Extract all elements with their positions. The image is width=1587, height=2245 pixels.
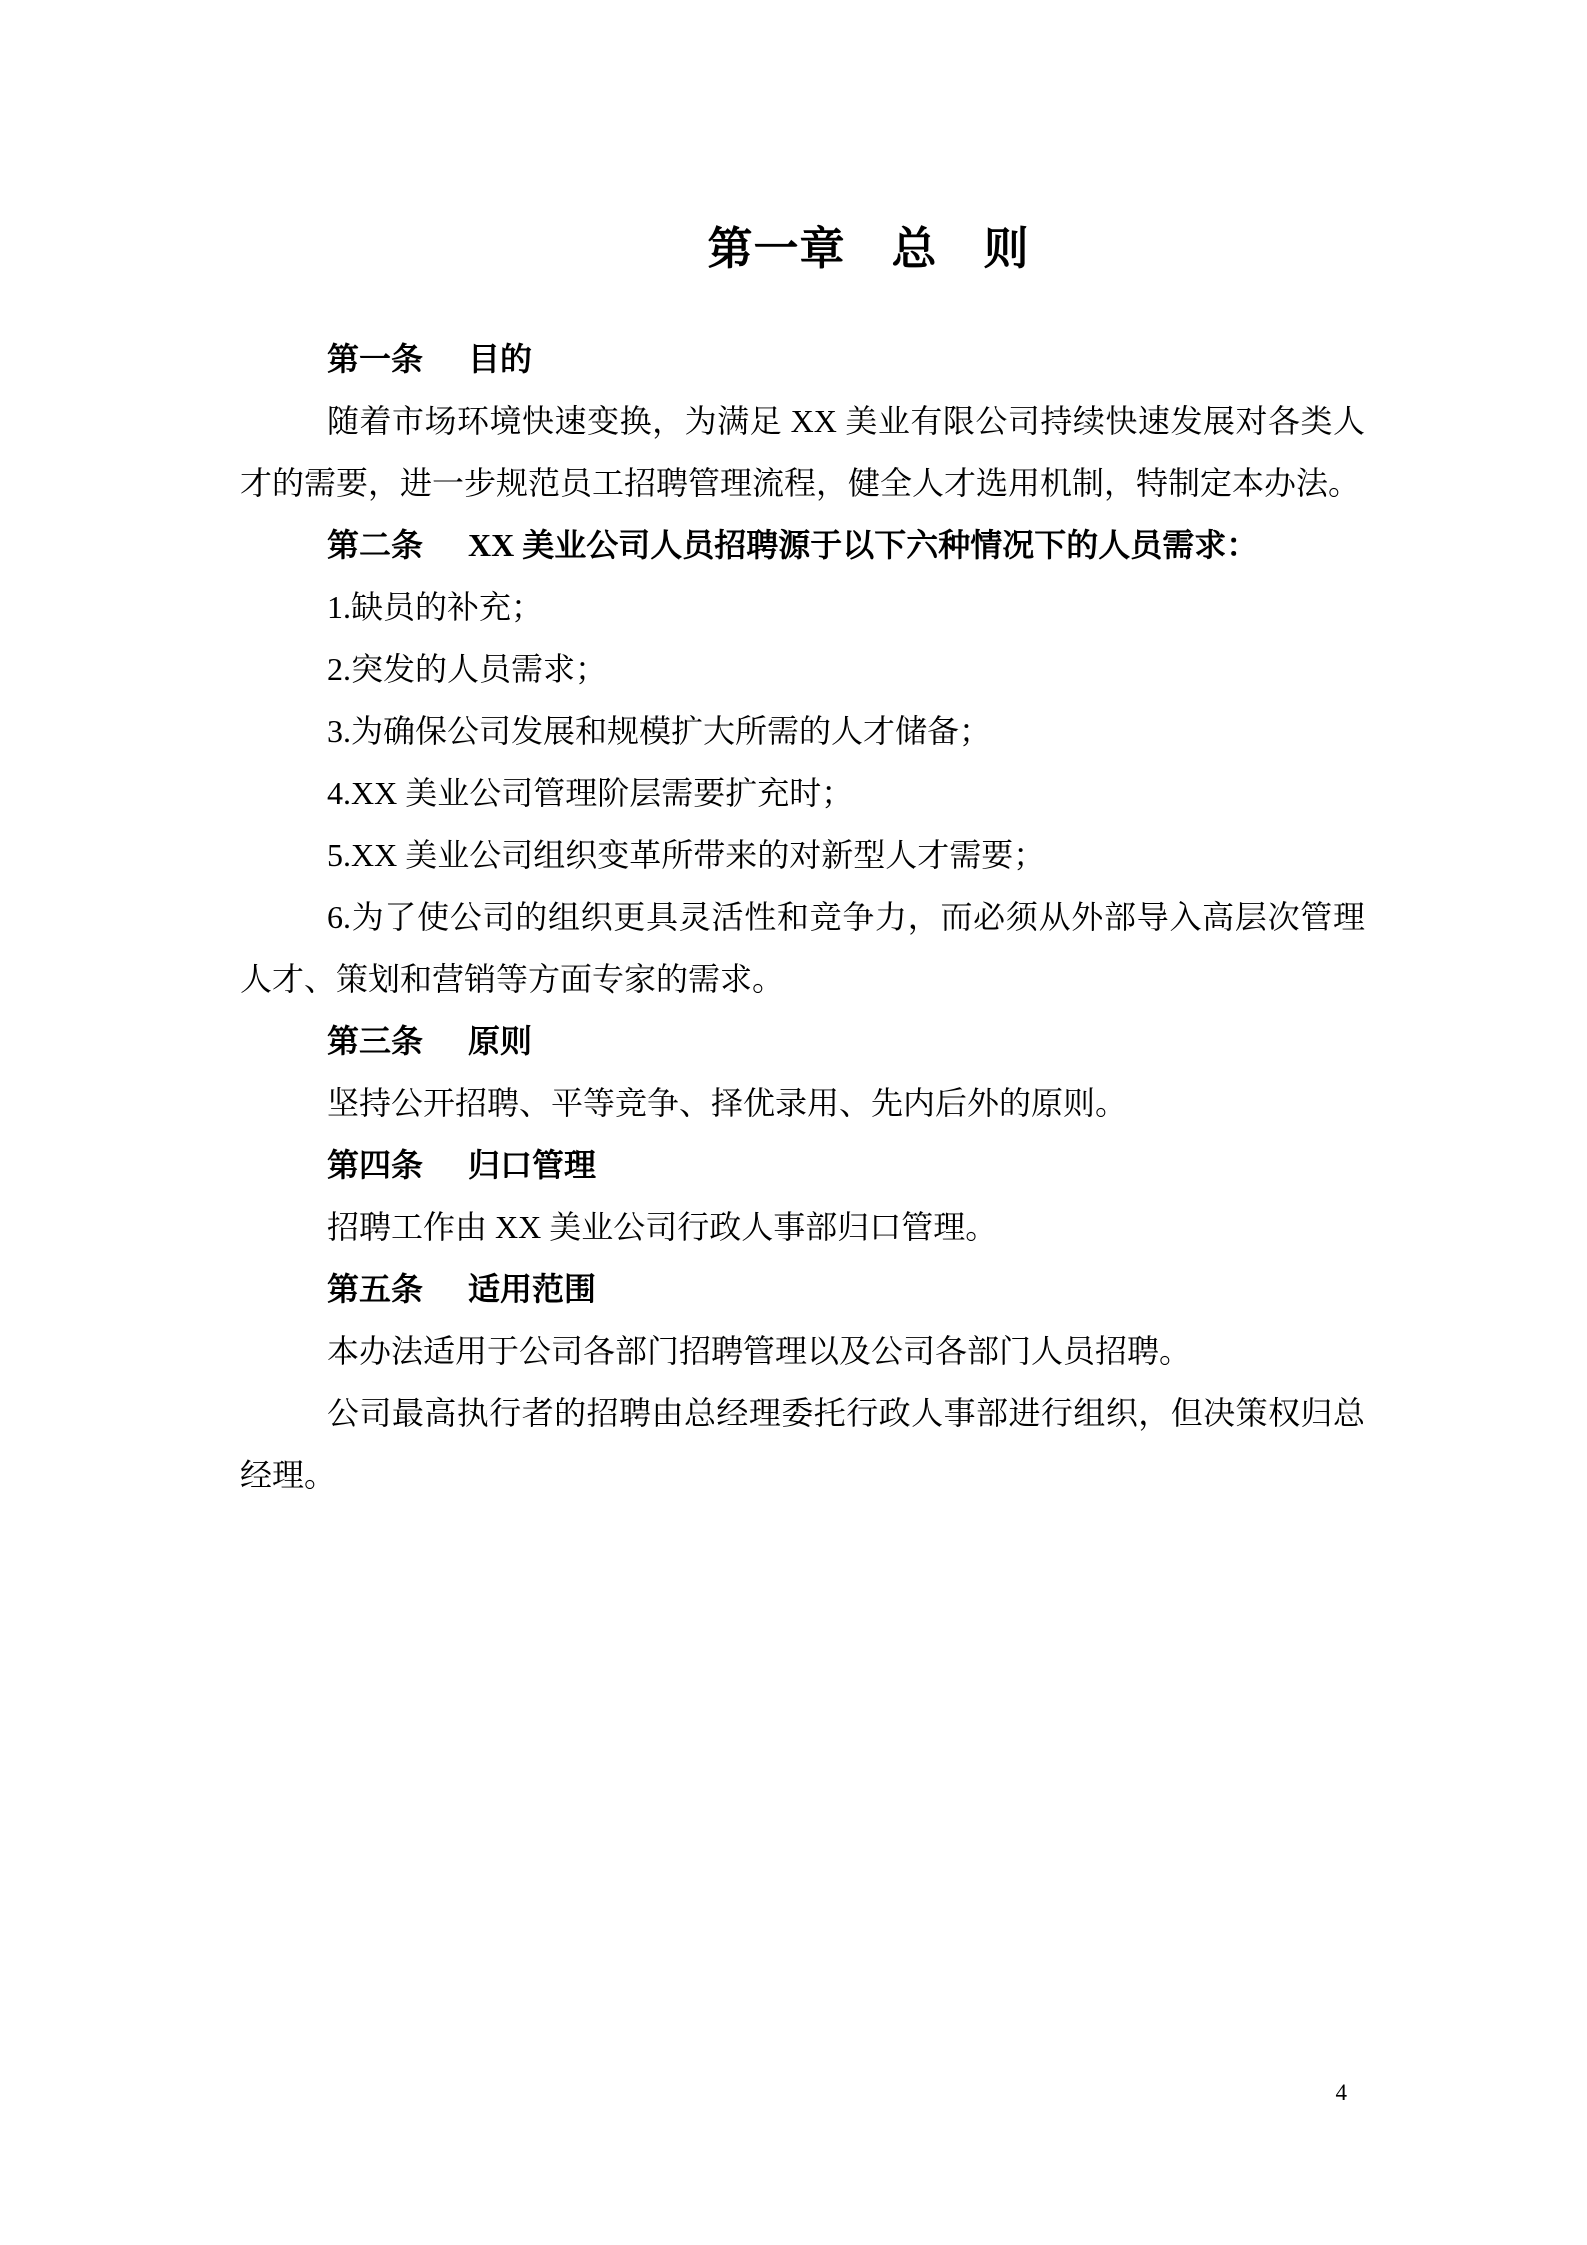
article-heading: 第四条归口管理 [240, 1134, 1365, 1196]
document-body: 第一条目的随着市场环境快速变换，为满足 XX 美业有限公司持续快速发展对各类人才… [240, 328, 1365, 1506]
paragraph: 公司最高执行者的招聘由总经理委托行政人事部进行组织，但决策权归总经理。 [240, 1382, 1365, 1506]
list-item: 2.突发的人员需求； [240, 638, 1365, 700]
article-title: XX 美业公司人员招聘源于以下六种情况下的人员需求： [468, 527, 1258, 563]
article-heading: 第一条目的 [240, 328, 1365, 390]
chapter-title: 第一章 总 则 [150, 218, 1587, 280]
paragraph: 本办法适用于公司各部门招聘管理以及公司各部门人员招聘。 [240, 1320, 1365, 1382]
list-item: 4.XX 美业公司管理阶层需要扩充时； [240, 762, 1365, 824]
article-number: 第二条 [327, 527, 423, 563]
article-title: 目的 [468, 341, 532, 377]
article-title: 归口管理 [468, 1147, 596, 1183]
page-number: 4 [240, 2078, 1347, 2108]
paragraph: 随着市场环境快速变换，为满足 XX 美业有限公司持续快速发展对各类人才的需要，进… [240, 390, 1365, 514]
paragraph: 招聘工作由 XX 美业公司行政人事部归口管理。 [240, 1196, 1365, 1258]
paragraph: 6.为了使公司的组织更具灵活性和竞争力，而必须从外部导入高层次管理人才、策划和营… [240, 886, 1365, 1010]
article-title: 原则 [468, 1023, 532, 1059]
document-page: 第一章 总 则 第一条目的随着市场环境快速变换，为满足 XX 美业有限公司持续快… [0, 0, 1587, 2245]
list-item: 1.缺员的补充； [240, 576, 1365, 638]
list-item: 3.为确保公司发展和规模扩大所需的人才储备； [240, 700, 1365, 762]
article-number: 第三条 [327, 1023, 423, 1059]
article-number: 第一条 [327, 341, 423, 377]
article-heading: 第五条适用范围 [240, 1258, 1365, 1320]
list-item: 5.XX 美业公司组织变革所带来的对新型人才需要； [240, 824, 1365, 886]
article-heading: 第三条原则 [240, 1010, 1365, 1072]
article-number: 第四条 [327, 1147, 423, 1183]
article-title: 适用范围 [468, 1271, 596, 1307]
paragraph: 坚持公开招聘、平等竞争、择优录用、先内后外的原则。 [240, 1072, 1365, 1134]
article-heading: 第二条XX 美业公司人员招聘源于以下六种情况下的人员需求： [240, 514, 1365, 576]
article-number: 第五条 [327, 1271, 423, 1307]
